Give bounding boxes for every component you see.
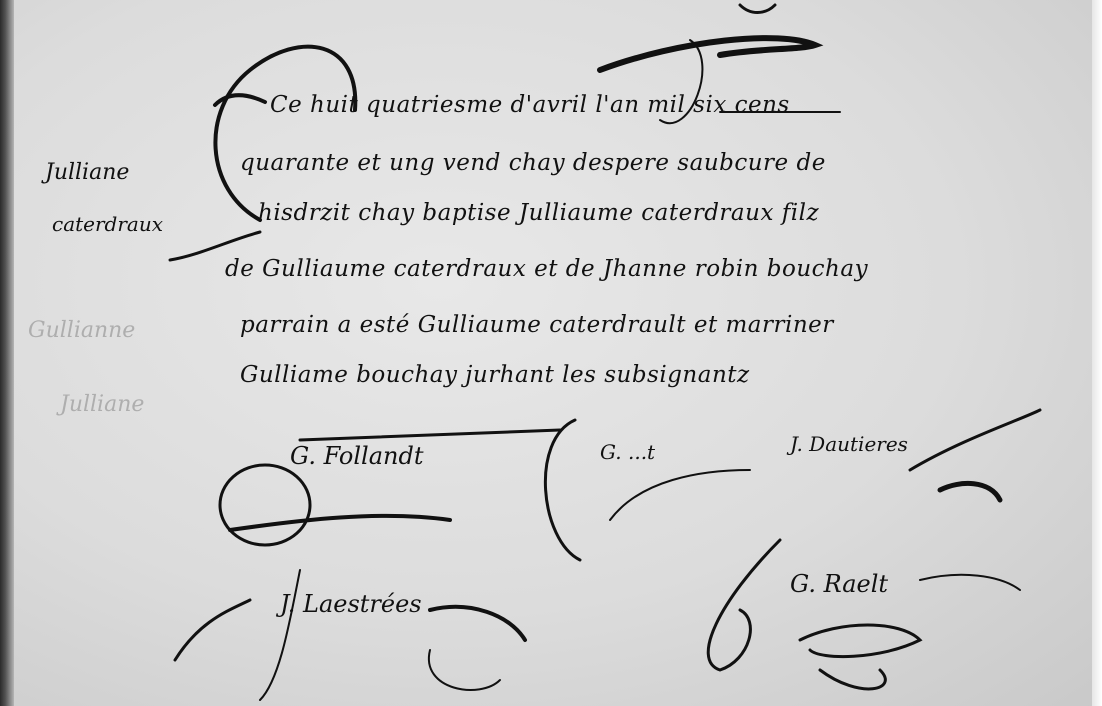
signature-second: G. ...t — [600, 440, 655, 464]
entry-line-1: Ce huit quatriesme d'avril l'an mil six … — [270, 92, 790, 118]
signature-laestrees: J. Laestrées — [280, 590, 422, 618]
entry-line-5: parrain a esté Gulliaume caterdrault et … — [240, 312, 834, 338]
signature-follandt: G. Follandt — [290, 442, 424, 470]
margin-note-surname: caterdraux — [52, 212, 163, 236]
entry-line-3: hisdrzit chay baptise Julliaume caterdra… — [258, 200, 819, 226]
margin-bleed-through-1: Gullianne — [28, 318, 135, 343]
signature-dautieres: J. Dautieres — [790, 432, 908, 456]
entry-line-6: Gulliame bouchay jurhant les subsignantz — [240, 362, 750, 388]
margin-note-name: Julliane — [45, 160, 129, 185]
manuscript-page: Julliane caterdraux Gullianne Julliane C… — [0, 0, 1102, 706]
signature-raelt: G. Raelt — [790, 570, 888, 598]
entry-line-4: de Gulliaume caterdraux et de Jhanne rob… — [225, 256, 868, 282]
entry-line-2: quarante et ung vend chay despere saubcu… — [240, 150, 826, 176]
margin-bleed-through-2: Julliane — [60, 392, 144, 417]
